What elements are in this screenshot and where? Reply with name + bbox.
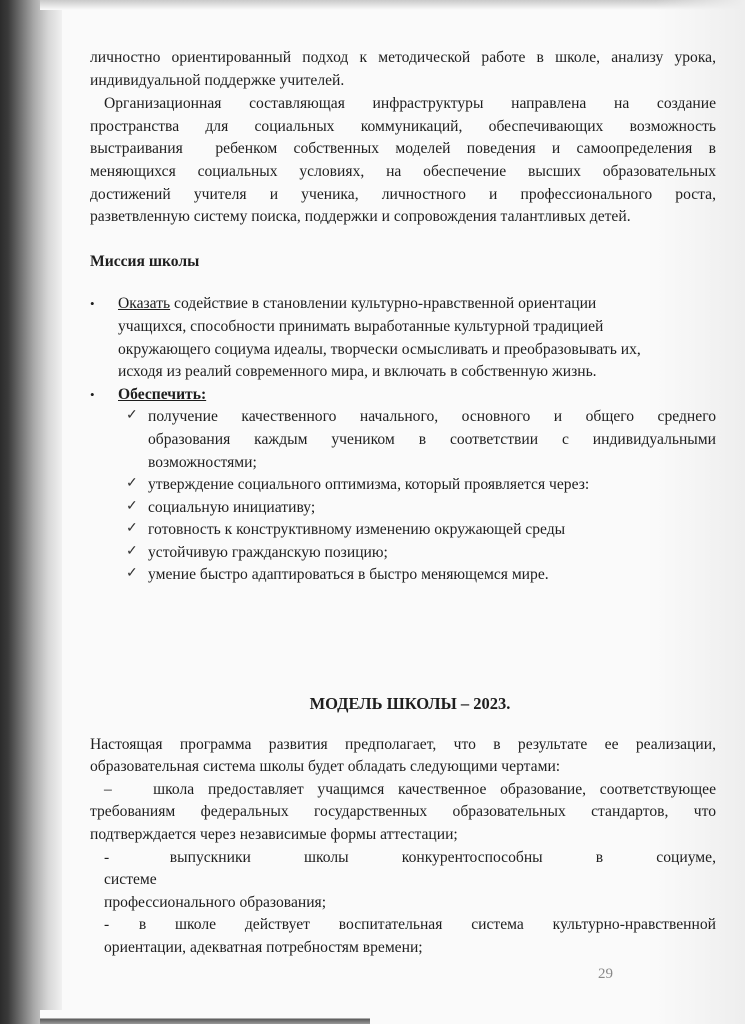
text-line: - выпускники школы конкурентоспособны в … [104, 847, 716, 892]
text-line: пространства для социальных коммуникаций… [90, 116, 716, 139]
scan-bottom-edge [40, 1010, 370, 1024]
text-line: Организационная составляющая инфраструкт… [104, 93, 716, 116]
check-item: ✓ готовность к конструктивному изменению… [126, 519, 716, 542]
text-line: утверждение социального оптимизма, котор… [148, 474, 716, 497]
text-span: школа предоставляет учащимся качественно… [153, 781, 716, 798]
dash-icon: - [104, 916, 109, 933]
scan-top-edge [40, 0, 745, 10]
scan-binding-shadow [0, 0, 62, 1024]
text-line: профессионального образования; [104, 892, 716, 915]
model-intro: Настоящая программа развития предполагае… [90, 734, 716, 779]
text-line: требованиям федеральных государственных … [90, 801, 716, 824]
bullet-lead-word: Обеспечить: [118, 386, 206, 403]
model-features-list: – школа предоставляет учащимся качествен… [90, 779, 716, 960]
dash-icon: – [104, 781, 112, 798]
text-line: образовательная система школы будет обла… [90, 756, 716, 779]
mission-bullet-provide-support: • Оказать содействие в становлении культ… [110, 293, 716, 383]
check-item: ✓ утверждение социального оптимизма, кот… [126, 474, 716, 497]
text-line: готовность к конструктивному изменению о… [148, 519, 716, 542]
text-line: устойчивую гражданскую позицию; [148, 542, 716, 565]
text-line: индивидуальной поддержке учителей. [90, 70, 716, 93]
feature-item: - выпускники школы конкурентоспособны в … [90, 847, 716, 915]
document-page: личностно ориентированный подход к метод… [104, 47, 716, 960]
intro-paragraph: личностно ориентированный подход к метод… [104, 47, 716, 92]
text-span: выпускники школы конкурентоспособны в со… [104, 849, 716, 889]
text-line: – школа предоставляет учащимся качествен… [90, 779, 716, 802]
text-line: учащихся, способности принимать выработа… [118, 316, 716, 339]
page-number: 29 [598, 966, 613, 983]
text-line: социальную инициативу; [148, 497, 716, 520]
check-item: ✓ устойчивую гражданскую позицию; [126, 542, 716, 565]
check-item: ✓ социальную инициативу; [126, 497, 716, 520]
text-line: окружающего социума идеалы, творчески ос… [118, 339, 716, 362]
text-line: выстраивания ребенком собственных моделе… [90, 138, 716, 161]
bullet-icon: • [90, 384, 100, 407]
feature-item: - в школе действует воспитательная систе… [90, 914, 716, 959]
bullet-icon: • [90, 293, 100, 316]
text-line: разветвленную систему поиска, поддержки … [90, 206, 716, 229]
check-item: ✓ получение качественного начального, ос… [126, 406, 716, 474]
check-item: ✓ умение быстро адаптироваться в быстро … [126, 564, 716, 587]
model-heading: МОДЕЛЬ ШКОЛЫ – 2023. [104, 693, 716, 716]
organization-paragraph: Организационная составляющая инфраструкт… [104, 93, 716, 229]
text-span: содействие в становлении культурно-нравс… [170, 295, 596, 312]
text-span: в школе действует воспитательная система… [139, 916, 716, 933]
mission-heading: Миссия школы [90, 251, 716, 274]
checkmark-icon: ✓ [126, 518, 138, 541]
ensure-checklist: ✓ получение качественного начального, ос… [118, 406, 716, 587]
text-line: личностно ориентированный подход к метод… [90, 47, 716, 70]
text-line: достижений учителя и ученика, личностног… [90, 184, 716, 207]
checkmark-icon: ✓ [126, 563, 138, 586]
text-line: Обеспечить: [118, 384, 716, 407]
checkmark-icon: ✓ [126, 405, 138, 428]
text-line: умение быстро адаптироваться в быстро ме… [148, 564, 716, 587]
text-line: Оказать содействие в становлении культур… [118, 293, 716, 316]
dash-icon: - [104, 849, 109, 866]
checkmark-icon: ✓ [126, 496, 138, 519]
mission-bullet-ensure: • Обеспечить: ✓ получение качественного … [110, 384, 716, 587]
text-line: получение качественного начального, осно… [148, 406, 716, 429]
text-line: ориентации, адекватная потребностям врем… [104, 937, 716, 960]
text-line: меняющихся социальных условиях, на обесп… [90, 161, 716, 184]
text-line: - в школе действует воспитательная систе… [104, 914, 716, 937]
text-line: подтверждается через независимые формы а… [90, 824, 716, 847]
text-line: исходя из реалий современного мира, и вк… [118, 361, 716, 384]
text-line: образования каждым учеником в соответств… [148, 429, 716, 452]
bullet-lead-word: Оказать [118, 295, 170, 312]
feature-item: – школа предоставляет учащимся качествен… [90, 779, 716, 847]
mission-list: • Оказать содействие в становлении культ… [110, 293, 716, 587]
text-line: Настоящая программа развития предполагае… [90, 734, 716, 757]
checkmark-icon: ✓ [126, 541, 138, 564]
text-line: возможностями; [148, 452, 716, 475]
checkmark-icon: ✓ [126, 473, 138, 496]
